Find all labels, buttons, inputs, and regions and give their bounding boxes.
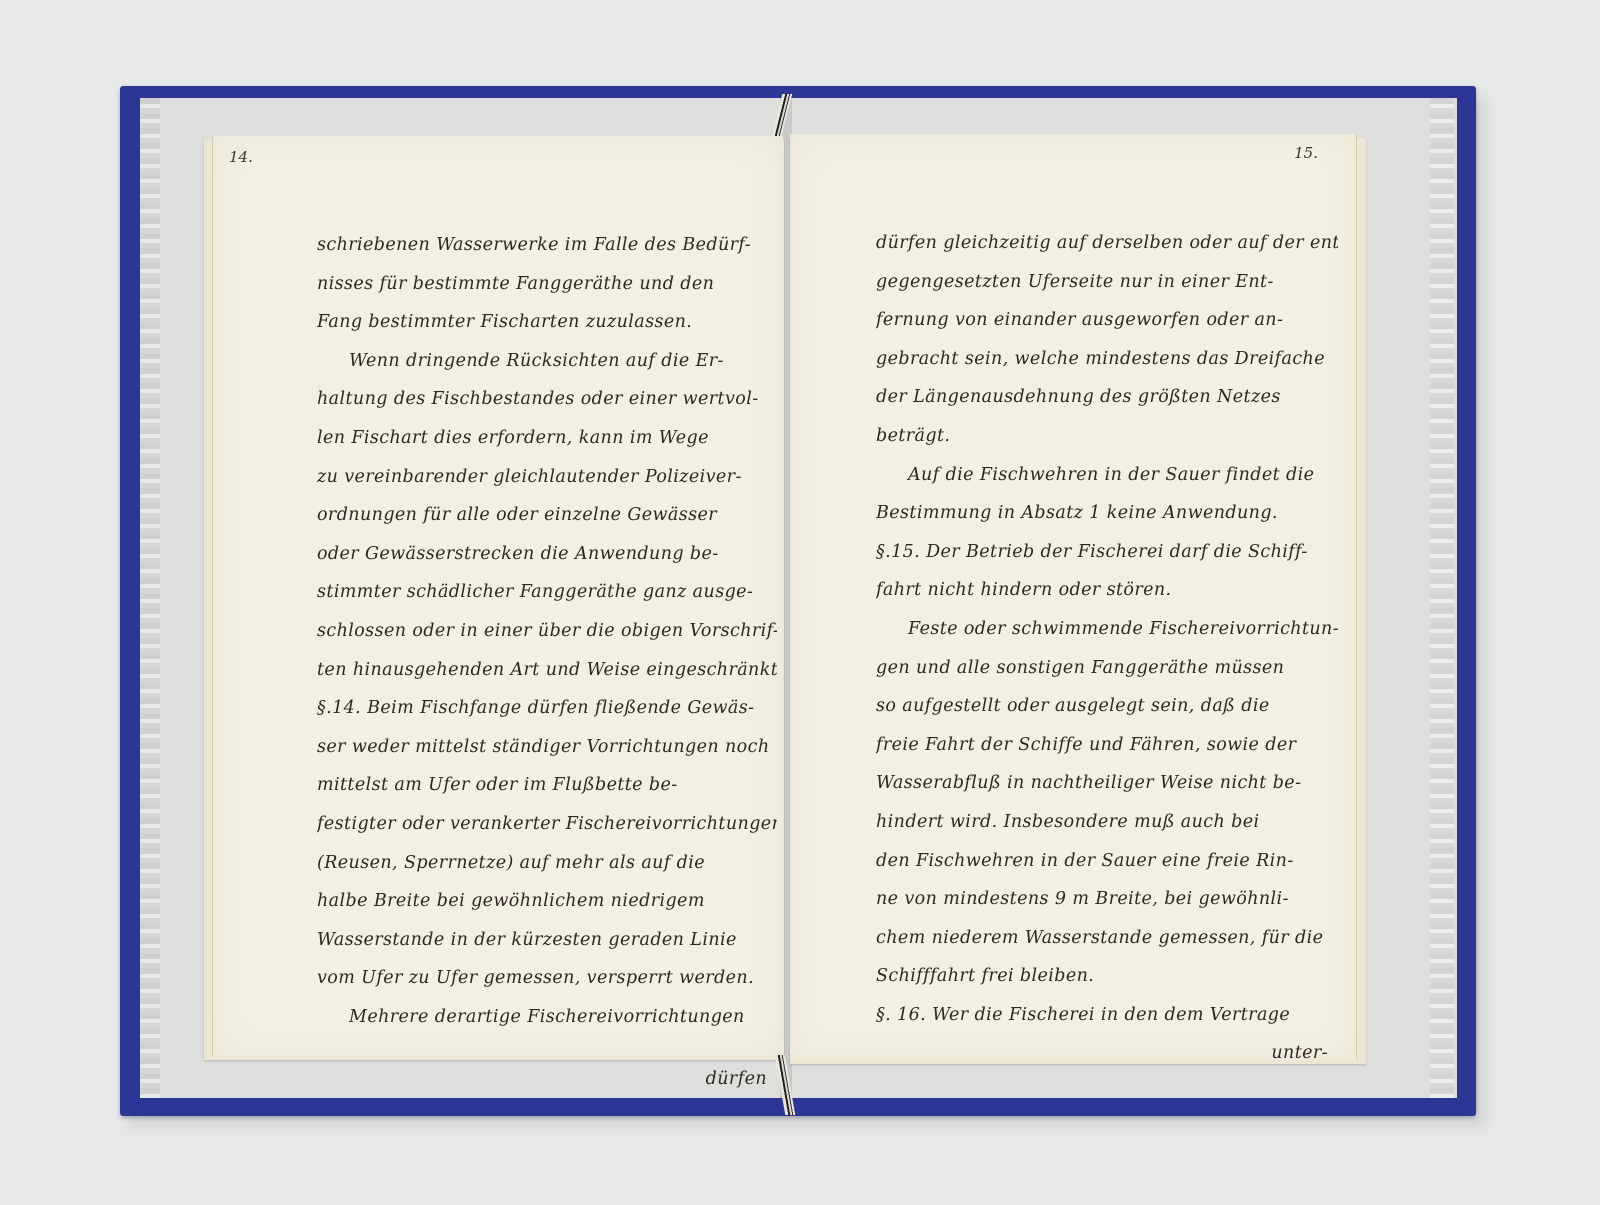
right-page-text: dürfen gleichzeitig auf derselben oder a… <box>876 224 1338 1073</box>
catchword: unter- <box>876 1034 1338 1073</box>
text-line: festigter oder verankerter Fischereivorr… <box>317 805 777 844</box>
left-silver-edge <box>140 98 160 1098</box>
text-line: gen und alle sonstigen Fanggeräthe müsse… <box>876 649 1338 688</box>
text-line: den Fischwehren in der Sauer eine freie … <box>876 842 1338 881</box>
text-line: mittelst am Ufer oder im Flußbette be- <box>317 766 777 805</box>
text-line: haltung des Fischbestandes oder einer we… <box>317 380 777 419</box>
text-line: Wasserstande in der kürzesten geraden Li… <box>317 921 777 960</box>
text-line: Fang bestimmter Fischarten zuzulassen. <box>317 303 777 342</box>
left-page: 14. schriebenen Wasserwerke im Falle des… <box>212 136 783 1056</box>
text-line: der Längenausdehnung des größten Netzes <box>876 378 1338 417</box>
text-line: Feste oder schwimmende Fischereivorricht… <box>876 610 1338 649</box>
text-line: nisses für bestimmte Fanggeräthe und den <box>317 265 777 304</box>
text-line: gebracht sein, welche mindestens das Dre… <box>876 340 1338 379</box>
text-line: Schifffahrt frei bleiben. <box>876 957 1338 996</box>
text-line: (Reusen, Sperrnetze) auf mehr als auf di… <box>317 844 777 883</box>
text-line: ten hinausgehenden Art und Weise eingesc… <box>317 651 777 690</box>
text-line: so aufgestellt oder ausgelegt sein, daß … <box>876 687 1338 726</box>
text-line: schlossen oder in einer über die obigen … <box>317 612 777 651</box>
right-page: 15. dürfen gleichzeitig auf derselben od… <box>790 134 1357 1060</box>
text-line: freie Fahrt der Schiffe und Fähren, sowi… <box>876 726 1338 765</box>
right-silver-edge <box>1430 98 1454 1098</box>
text-line: fernung von einander ausgeworfen oder an… <box>876 301 1338 340</box>
text-line: stimmter schädlicher Fanggeräthe ganz au… <box>317 573 777 612</box>
catchword: dürfen <box>317 1060 777 1099</box>
text-line: zu vereinbarender gleichlautender Polize… <box>317 458 777 497</box>
page-number-right: 15. <box>1294 144 1318 162</box>
text-line: fahrt nicht hindern oder stören. <box>876 571 1338 610</box>
section-heading-16: §. 16. Wer die Fischerei in den dem Vert… <box>876 996 1338 1035</box>
text-line: Mehrere derartige Fischereivorrichtungen <box>317 998 777 1037</box>
page-number-left: 14. <box>229 148 253 166</box>
text-line: Wenn dringende Rücksichten auf die Er- <box>317 342 777 381</box>
text-line: ser weder mittelst ständiger Vorrichtung… <box>317 728 777 767</box>
section-heading-15: §.15. Der Betrieb der Fischerei darf die… <box>876 533 1338 572</box>
text-line: chem niederem Wasserstande gemessen, für… <box>876 919 1338 958</box>
text-line: Bestimmung in Absatz 1 keine Anwendung. <box>876 494 1338 533</box>
text-line: Wasserabfluß in nachtheiliger Weise nich… <box>876 764 1338 803</box>
text-line: gegengesetzten Uferseite nur in einer En… <box>876 263 1338 302</box>
text-line: ne von mindestens 9 m Breite, bei gewöhn… <box>876 880 1338 919</box>
text-line: len Fischart dies erfordern, kann im Weg… <box>317 419 777 458</box>
text-line: halbe Breite bei gewöhnlichem niedrigem <box>317 882 777 921</box>
text-line: Auf die Fischwehren in der Sauer findet … <box>876 456 1338 495</box>
text-line: oder Gewässerstrecken die Anwendung be- <box>317 535 777 574</box>
text-line: beträgt. <box>876 417 1338 456</box>
text-line: ordnungen für alle oder einzelne Gewässe… <box>317 496 777 535</box>
text-line: vom Ufer zu Ufer gemessen, versperrt wer… <box>317 959 777 998</box>
left-page-text: schriebenen Wasserwerke im Falle des Bed… <box>317 226 777 1099</box>
text-line: schriebenen Wasserwerke im Falle des Bed… <box>317 226 777 265</box>
text-line: dürfen gleichzeitig auf derselben oder a… <box>876 224 1338 263</box>
text-line: hindert wird. Insbesondere muß auch bei <box>876 803 1338 842</box>
spacer <box>317 1036 777 1060</box>
section-heading-14: §.14. Beim Fischfange dürfen fließende G… <box>317 689 777 728</box>
